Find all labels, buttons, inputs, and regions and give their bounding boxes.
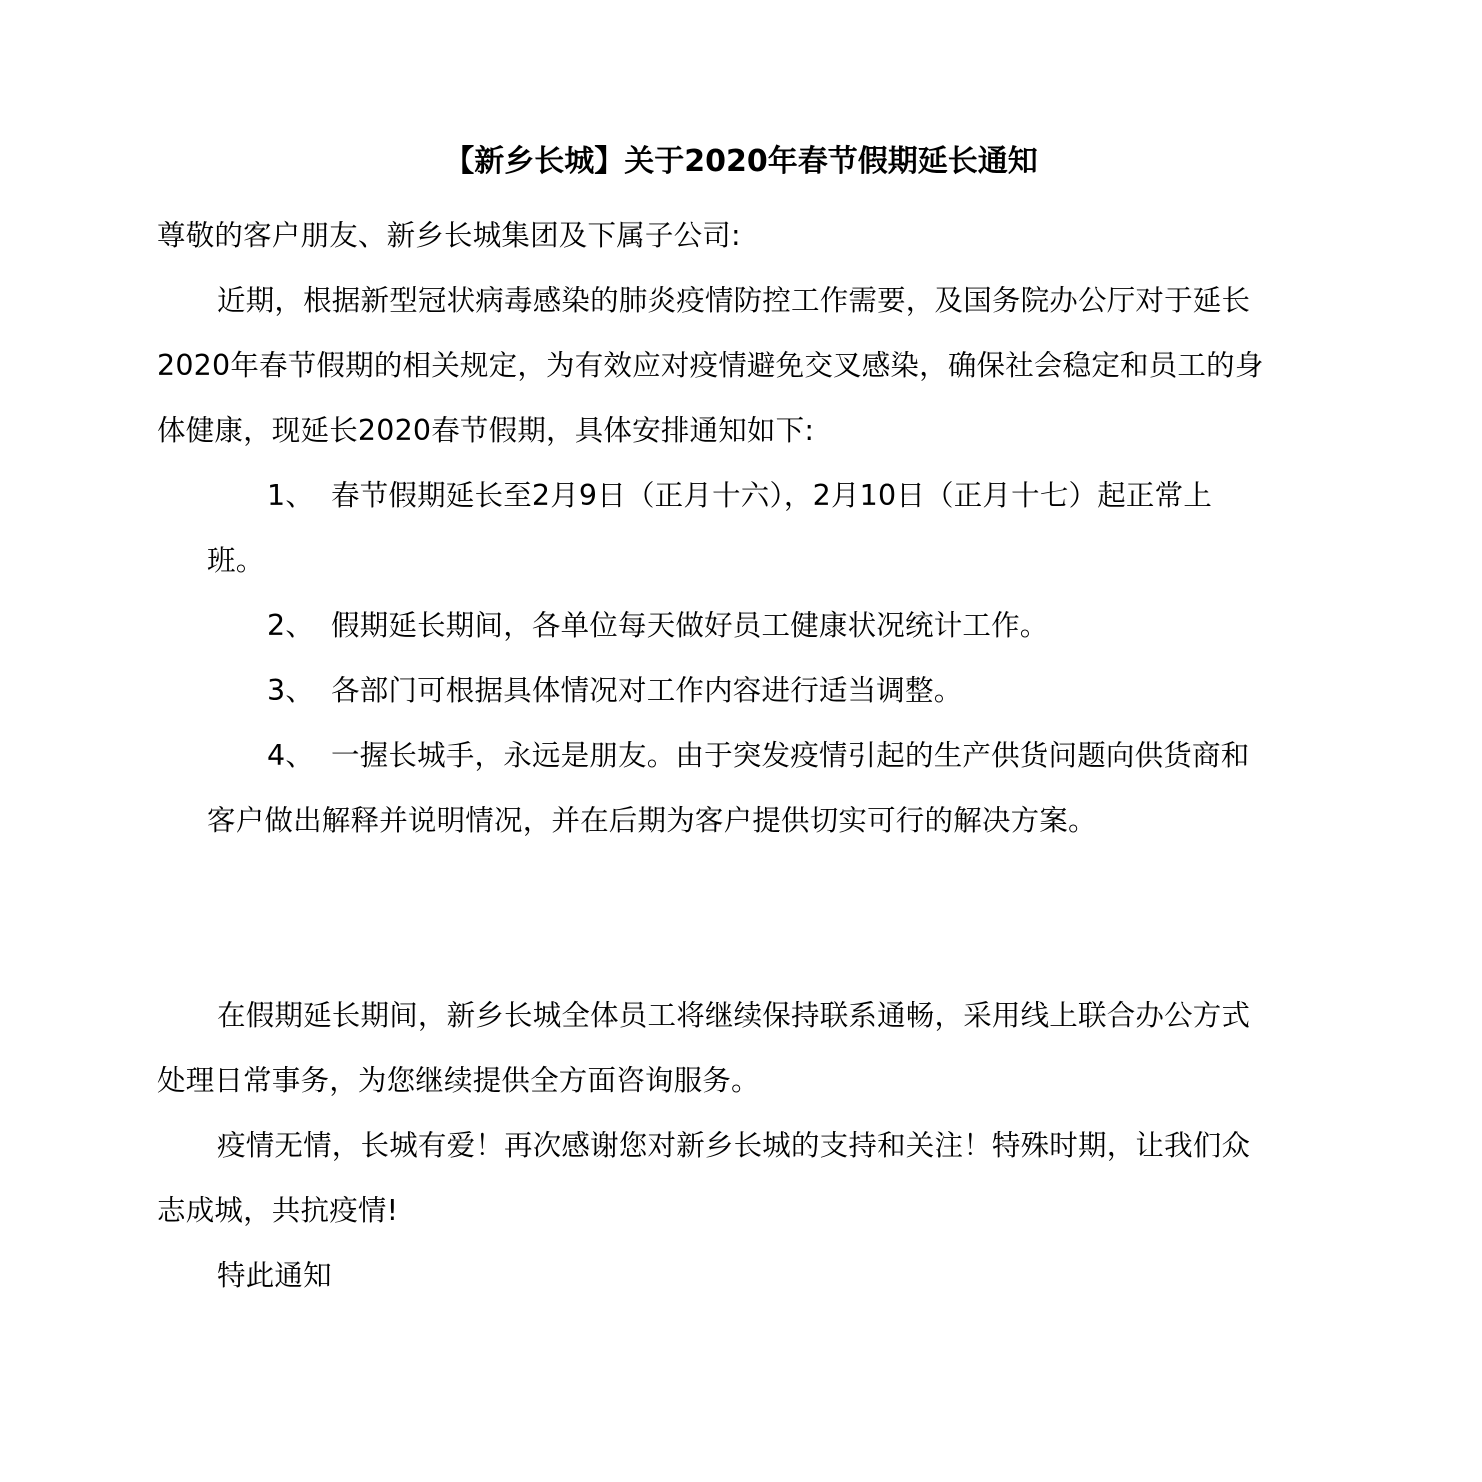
list-item-4-continuation: 客户做出解释并说明情况，并在后期为客户提供切实可行的解决方案。 (207, 801, 1097, 841)
document-page: 【新乡长城】关于2020年春节假期延长通知 尊敬的客户朋友、新乡长城集团及下属子… (0, 0, 1482, 1482)
list-item-number: 2、 (267, 606, 331, 646)
list-item-2: 2、假期延长期间，各单位每天做好员工健康状况统计工作。 (267, 606, 1049, 646)
list-item-number: 4、 (267, 736, 331, 776)
closing-paragraph-line-2: 处理日常事务，为您继续提供全方面咨询服务。 (157, 1061, 760, 1101)
list-item-1-continuation: 班。 (207, 541, 264, 581)
list-item-4: 4、一握长城手，永远是朋友。由于突发疫情引起的生产供货问题向供货商和 (267, 736, 1249, 776)
intro-line-1: 近期，根据新型冠状病毒感染的肺炎疫情防控工作需要，及国务院办公厅对于延长 (217, 281, 1310, 321)
salutation: 尊敬的客户朋友、新乡长城集团及下属子公司: (157, 216, 741, 256)
intro-line-3: 体健康，现延长2020春节假期，具体安排通知如下: (157, 411, 814, 451)
closing-paragraph-line-1: 在假期延长期间，新乡长城全体员工将继续保持联系通畅，采用线上联合办公方式 (217, 996, 1250, 1036)
list-item-text: 假期延长期间，各单位每天做好员工健康状况统计工作。 (331, 609, 1049, 642)
list-item-number: 1、 (267, 476, 331, 516)
thanks-paragraph-line-2: 志成城，共抗疫情! (157, 1191, 398, 1231)
list-item-1: 1、春节假期延长至2月9日（正月十六），2月10日（正月十七）起正常上 (267, 476, 1212, 516)
sign-off: 特此通知 (217, 1256, 332, 1296)
list-item-3: 3、各部门可根据具体情况对工作内容进行适当调整。 (267, 671, 962, 711)
intro-line-2: 2020年春节假期的相关规定，为有效应对疫情避免交叉感染，确保社会稳定和员工的身 (157, 346, 1264, 386)
list-item-text: 一握长城手，永远是朋友。由于突发疫情引起的生产供货问题向供货商和 (331, 739, 1249, 772)
document-title: 【新乡长城】关于2020年春节假期延长通知 (0, 140, 1482, 184)
list-item-text: 春节假期延长至2月9日（正月十六），2月10日（正月十七）起正常上 (331, 479, 1212, 512)
list-item-text: 各部门可根据具体情况对工作内容进行适当调整。 (331, 674, 962, 707)
list-item-number: 3、 (267, 671, 331, 711)
thanks-paragraph-line-1: 疫情无情，长城有爱！再次感谢您对新乡长城的支持和关注！特殊时期，让我们众 (217, 1126, 1250, 1166)
